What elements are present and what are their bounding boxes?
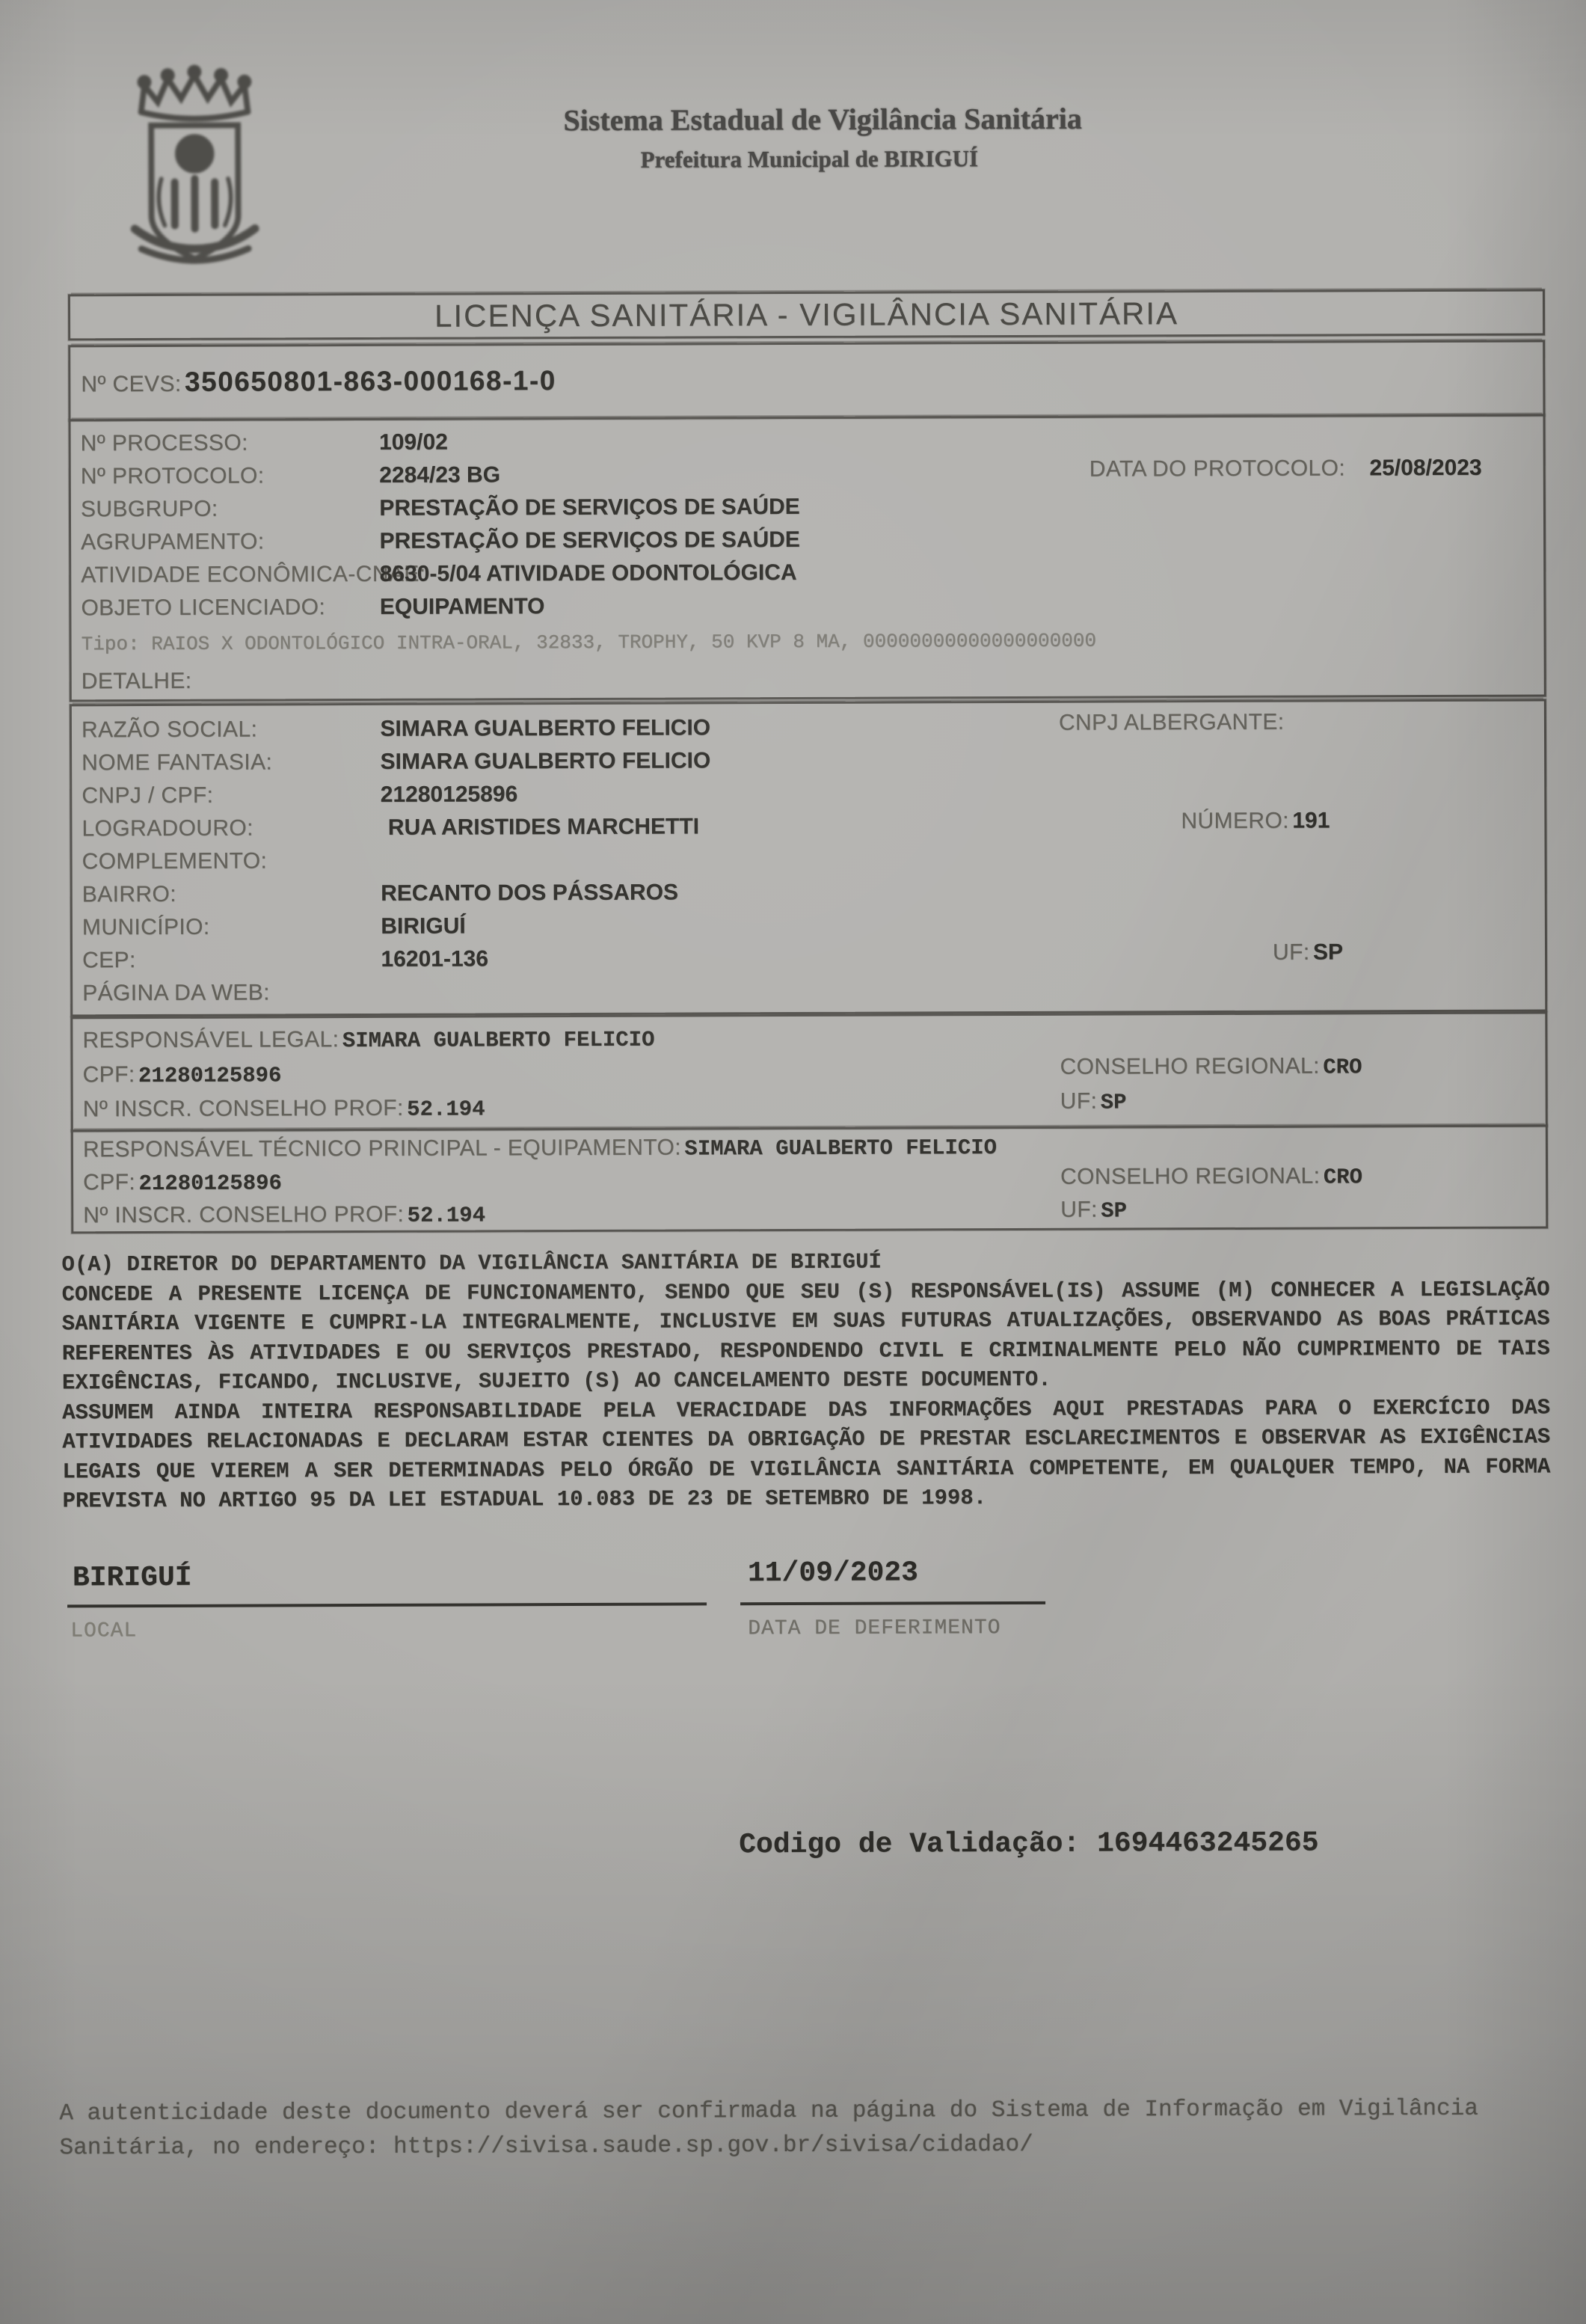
- process-row: SUBGRUPO: PRESTAÇÃO DE SERVIÇOS DE SAÚDE: [81, 488, 1543, 526]
- establishment-row: CNPJ / CPF: 21280125896: [82, 774, 1544, 812]
- legal-value: SIMARA GUALBERTO FELICIO: [342, 1028, 655, 1053]
- deferral-date-value: 11/09/2023: [748, 1557, 918, 1589]
- legal-inscr-row: Nº INSCR. CONSELHO PROF: 52.194: [83, 1087, 1546, 1126]
- process-row: OBJETO LICENCIADO: EQUIPAMENTO: [81, 586, 1543, 625]
- title-box: LICENÇA SANITÁRIA - VIGILÂNCIA SANITÁRIA: [68, 289, 1545, 340]
- tecnico-value: SIMARA GUALBERTO FELICIO: [684, 1135, 997, 1161]
- bairro-value: RECANTO DOS PÁSSAROS: [381, 880, 678, 906]
- numero-label: NÚMERO:: [1181, 809, 1289, 834]
- coat-of-arms-icon: [82, 61, 307, 279]
- tecnico-inscr-row: Nº INSCR. CONSELHO PROF: 52.194: [83, 1194, 1546, 1232]
- complemento-label: COMPLEMENTO:: [82, 844, 378, 878]
- deferral-date-label: DATA DE DEFERIMENTO: [748, 1616, 1001, 1640]
- process-row: ATIVIDADE ECONÔMICA-CNAE: 8630-5/04 ATIV…: [81, 554, 1543, 592]
- declaration-line: EXIGÊNCIAS, FICANDO, INCLUSIVE, SUJEITO …: [62, 1363, 1550, 1397]
- legal-responsible-box: RESPONSÁVEL LEGAL: SIMARA GUALBERTO FELI…: [70, 1011, 1548, 1132]
- razao-social-value: SIMARA GUALBERTO FELICIO: [380, 715, 710, 741]
- uf: UF: SP: [1273, 939, 1343, 965]
- subgrupo-value: PRESTAÇÃO DE SERVIÇOS DE SAÚDE: [379, 494, 799, 521]
- municipio-label: MUNICÍPIO:: [82, 910, 378, 944]
- cnpj-albergante: CNPJ ALBERGANTE:: [1059, 710, 1285, 736]
- municipio-value: BIRIGUÍ: [381, 914, 465, 939]
- establishment-row: RAZÃO SOCIAL: SIMARA GUALBERTO FELICIO: [82, 708, 1544, 746]
- equipment-type-line: Tipo: RAIOS X ODONTOLÓGICO INTRA-ORAL, 3…: [81, 619, 1543, 665]
- legal-inscr-label: Nº INSCR. CONSELHO PROF:: [83, 1096, 404, 1121]
- logradouro-value: RUA ARISTIDES MARCHETTI: [388, 814, 699, 839]
- legal-conselho-label: CONSELHO REGIONAL:: [1060, 1054, 1320, 1079]
- numero: NÚMERO: 191: [1181, 808, 1330, 834]
- legal-uf-label: UF:: [1060, 1089, 1098, 1114]
- pagina-web-label: PÁGINA DA WEB:: [82, 976, 378, 1010]
- tecnico-label: RESPONSÁVEL TÉCNICO PRINCIPAL - EQUIPAME…: [83, 1135, 681, 1162]
- declaration-line: PREVISTA NO ARTIGO 95 DA LEI ESTADUAL 10…: [63, 1481, 1551, 1515]
- cep-value: 16201-136: [381, 946, 488, 972]
- protocol-date-value: 25/08/2023: [1369, 456, 1481, 481]
- authenticity-line: Sanitária, no endereço: https://sivisa.s…: [60, 2126, 1563, 2165]
- tecnico-conselho: CONSELHO REGIONAL: CRO: [1060, 1163, 1362, 1190]
- uf-label: UF:: [1273, 940, 1310, 965]
- validation-label: Codigo de Validação:: [739, 1828, 1080, 1862]
- declaration-line: CONCEDE A PRESENTE LICENÇA DE FUNCIONAME…: [62, 1275, 1550, 1309]
- nome-fantasia-label: NOME FANTASIA:: [82, 746, 377, 779]
- uf-value: SP: [1313, 939, 1343, 964]
- cnpj-albergante-label: CNPJ ALBERGANTE:: [1059, 710, 1285, 735]
- declaration-line: REFERENTES ÀS ATIVIDADES E OU SERVIÇOS P…: [62, 1334, 1550, 1368]
- protocol-date: DATA DO PROTOCOLO: 25/08/2023: [1089, 456, 1482, 482]
- process-value: 109/02: [379, 430, 448, 455]
- nome-fantasia-value: SIMARA GUALBERTO FELICIO: [381, 748, 711, 774]
- tecnico-inscr-label: Nº INSCR. CONSELHO PROF:: [83, 1202, 404, 1227]
- razao-social-label: RAZÃO SOCIAL:: [82, 713, 377, 746]
- local-value: BIRIGUÍ: [73, 1562, 192, 1595]
- process-label: Nº PROCESSO:: [81, 426, 376, 460]
- establishment-row: PÁGINA DA WEB:: [82, 972, 1545, 1010]
- tecnico-conselho-value: CRO: [1324, 1165, 1362, 1189]
- technical-responsible-box: RESPONSÁVEL TÉCNICO PRINCIPAL - EQUIPAME…: [71, 1124, 1548, 1233]
- cevs-label: Nº CEVS:: [81, 372, 181, 396]
- declaration-line: SANITÁRIA VIGENTE E CUMPRI-LA INTEGRALME…: [62, 1304, 1550, 1338]
- tecnico-uf-value: SP: [1101, 1198, 1127, 1223]
- cep-label: CEP:: [82, 943, 378, 977]
- process-row: Nº PROCESSO: 109/02: [81, 422, 1543, 460]
- legal-uf-value: SP: [1101, 1090, 1127, 1115]
- process-row: AGRUPAMENTO: PRESTAÇÃO DE SERVIÇOS DE SA…: [81, 521, 1543, 559]
- authenticity-line: A autenticidade deste documento deverá s…: [59, 2091, 1562, 2131]
- protocol-value: 2284/23 BG: [379, 462, 500, 488]
- agrupamento-value: PRESTAÇÃO DE SERVIÇOS DE SAÚDE: [379, 527, 799, 554]
- detalhe-label: DETALHE:: [82, 669, 192, 694]
- validation-code: Codigo de Validação: 1694463245265: [739, 1827, 1318, 1862]
- establishment-box: RAZÃO SOCIAL: SIMARA GUALBERTO FELICIO N…: [70, 699, 1547, 1017]
- protocol-label: Nº PROTOCOLO:: [81, 459, 376, 493]
- declaration-line: LEGAIS QUE VIEREM A SER DETERMINADAS PEL…: [62, 1452, 1550, 1486]
- legal-inscr-value: 52.194: [407, 1097, 485, 1121]
- legal-conselho: CONSELHO REGIONAL: CRO: [1060, 1053, 1362, 1080]
- establishment-row: COMPLEMENTO:: [82, 840, 1545, 878]
- logradouro-label: LOGRADOURO:: [82, 812, 377, 845]
- declaration-line: ATIVIDADES RELACIONADAS E DECLARAM ESTAR…: [62, 1422, 1550, 1456]
- objeto-label: OBJETO LICENCIADO:: [81, 591, 376, 625]
- authenticity-note: A autenticidade deste documento deverá s…: [59, 2091, 1562, 2165]
- legal-uf: UF: SP: [1060, 1088, 1127, 1115]
- document-header: Sistema Estadual de Vigilância Sanitária…: [445, 100, 1200, 174]
- agrupamento-label: AGRUPAMENTO:: [81, 525, 376, 559]
- cnpj-cpf-label: CNPJ / CPF:: [82, 779, 377, 812]
- legal-label: RESPONSÁVEL LEGAL:: [82, 1027, 339, 1052]
- cnae-label: ATIVIDADE ECONÔMICA-CNAE:: [81, 558, 376, 592]
- tecnico-cpf-label: CPF:: [83, 1170, 135, 1195]
- establishment-row: MUNICÍPIO: BIRIGUÍ: [82, 906, 1545, 944]
- local-underline: [67, 1602, 707, 1607]
- tecnico-conselho-label: CONSELHO REGIONAL:: [1060, 1164, 1320, 1189]
- tecnico-cpf-value: 21280125896: [138, 1171, 282, 1196]
- legal-row: RESPONSÁVEL LEGAL: SIMARA GUALBERTO FELI…: [82, 1018, 1545, 1058]
- bairro-label: BAIRRO:: [82, 877, 378, 911]
- establishment-row: BAIRRO: RECANTO DOS PÁSSAROS: [82, 873, 1545, 911]
- cevs-box: Nº CEVS: 350650801-863-000168-1-0: [68, 340, 1545, 421]
- license-document: Sistema Estadual de Vigilância Sanitária…: [0, 0, 1586, 2324]
- system-title: Sistema Estadual de Vigilância Sanitária: [445, 100, 1200, 138]
- tecnico-row: RESPONSÁVEL TÉCNICO PRINCIPAL - EQUIPAME…: [83, 1128, 1546, 1166]
- date-underline: [740, 1601, 1045, 1605]
- legal-conselho-value: CRO: [1323, 1055, 1362, 1079]
- detalhe-row: DETALHE:: [82, 660, 1544, 698]
- municipality-title: Prefeitura Municipal de BIRIGUÍ: [431, 144, 1187, 174]
- protocol-date-label: DATA DO PROTOCOLO:: [1089, 456, 1345, 481]
- tecnico-uf: UF: SP: [1060, 1197, 1127, 1223]
- declaration-line: ASSUMEM AINDA INTEIRA RESPONSABILIDADE P…: [62, 1393, 1550, 1427]
- cevs-number: 350650801-863-000168-1-0: [185, 365, 556, 397]
- legal-cpf-label: CPF:: [83, 1062, 135, 1087]
- tecnico-inscr-value: 52.194: [408, 1203, 486, 1227]
- cnae-value: 8630-5/04 ATIVIDADE ODONTOLÓGICA: [380, 560, 797, 586]
- legal-cpf-value: 21280125896: [138, 1063, 282, 1088]
- process-box: Nº PROCESSO: 109/02 Nº PROTOCOLO: 2284/2…: [69, 414, 1546, 702]
- declaration-text: O(A) DIRETOR DO DEPARTAMENTO DA VIGILÂNC…: [61, 1245, 1550, 1515]
- objeto-value: EQUIPAMENTO: [380, 594, 545, 619]
- establishment-row: NOME FANTASIA: SIMARA GUALBERTO FELICIO: [82, 741, 1544, 779]
- cnpj-cpf-value: 21280125896: [381, 782, 518, 807]
- numero-value: 191: [1292, 808, 1330, 833]
- subgrupo-label: SUBGRUPO:: [81, 492, 376, 526]
- page-title: LICENÇA SANITÁRIA - VIGILÂNCIA SANITÁRIA: [70, 291, 1543, 338]
- validation-value: 1694463245265: [1097, 1827, 1319, 1860]
- local-label: LOCAL: [70, 1619, 137, 1643]
- tecnico-uf-label: UF:: [1060, 1198, 1098, 1222]
- declaration-line: O(A) DIRETOR DO DEPARTAMENTO DA VIGILÂNC…: [61, 1245, 1549, 1279]
